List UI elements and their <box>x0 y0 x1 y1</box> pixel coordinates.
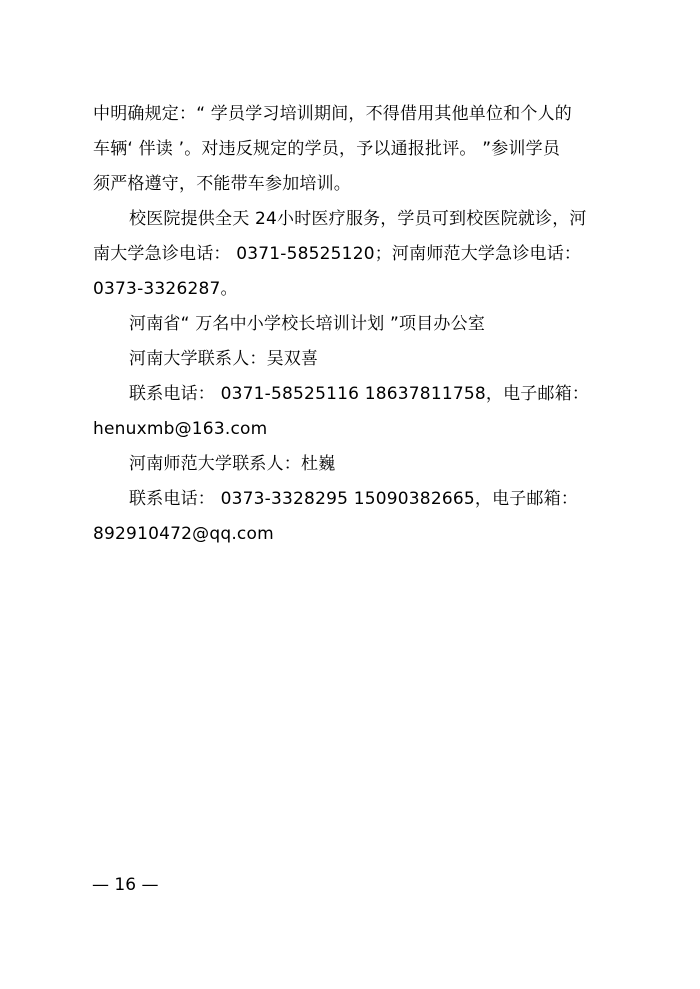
htu-contact-person: 河南师范大学联系人：杜巍 <box>129 453 615 475</box>
text-line: 中明确规定：“ 学员学习培训期间，不得借用其他单位和个人的 <box>93 103 615 125</box>
text-line: 须严格遵守，不能带车参加培训。 <box>93 173 615 195</box>
henu-contact-email: henuxmb@163.com <box>93 418 615 440</box>
text-line: 车辆‘ 伴读 ’。对违反规定的学员，予以通报批评。 ”参训学员 <box>93 138 615 160</box>
text-line: 0373-3326287。 <box>93 278 615 300</box>
htu-contact-phone: 联系电话： 0373-3328295 15090382665，电子邮箱： <box>129 488 615 510</box>
text-line: 南大学急诊电话： 0371-58525120；河南师范大学急诊电话： <box>93 243 615 265</box>
henu-contact-phone: 联系电话： 0371-58525116 18637811758，电子邮箱： <box>129 383 615 405</box>
page-number: — 16 — <box>92 874 158 896</box>
text-line: 校医院提供全天 24小时医疗服务，学员可到校医院就诊，河 <box>129 208 615 230</box>
office-heading: 河南省“ 万名中小学校长培训计划 ”项目办公室 <box>129 313 615 335</box>
document-page: 中明确规定：“ 学员学习培训期间，不得借用其他单位和个人的 车辆‘ 伴读 ’。对… <box>0 0 700 989</box>
htu-contact-email: 892910472@qq.com <box>93 523 615 545</box>
henu-contact-person: 河南大学联系人：吴双喜 <box>129 348 615 370</box>
